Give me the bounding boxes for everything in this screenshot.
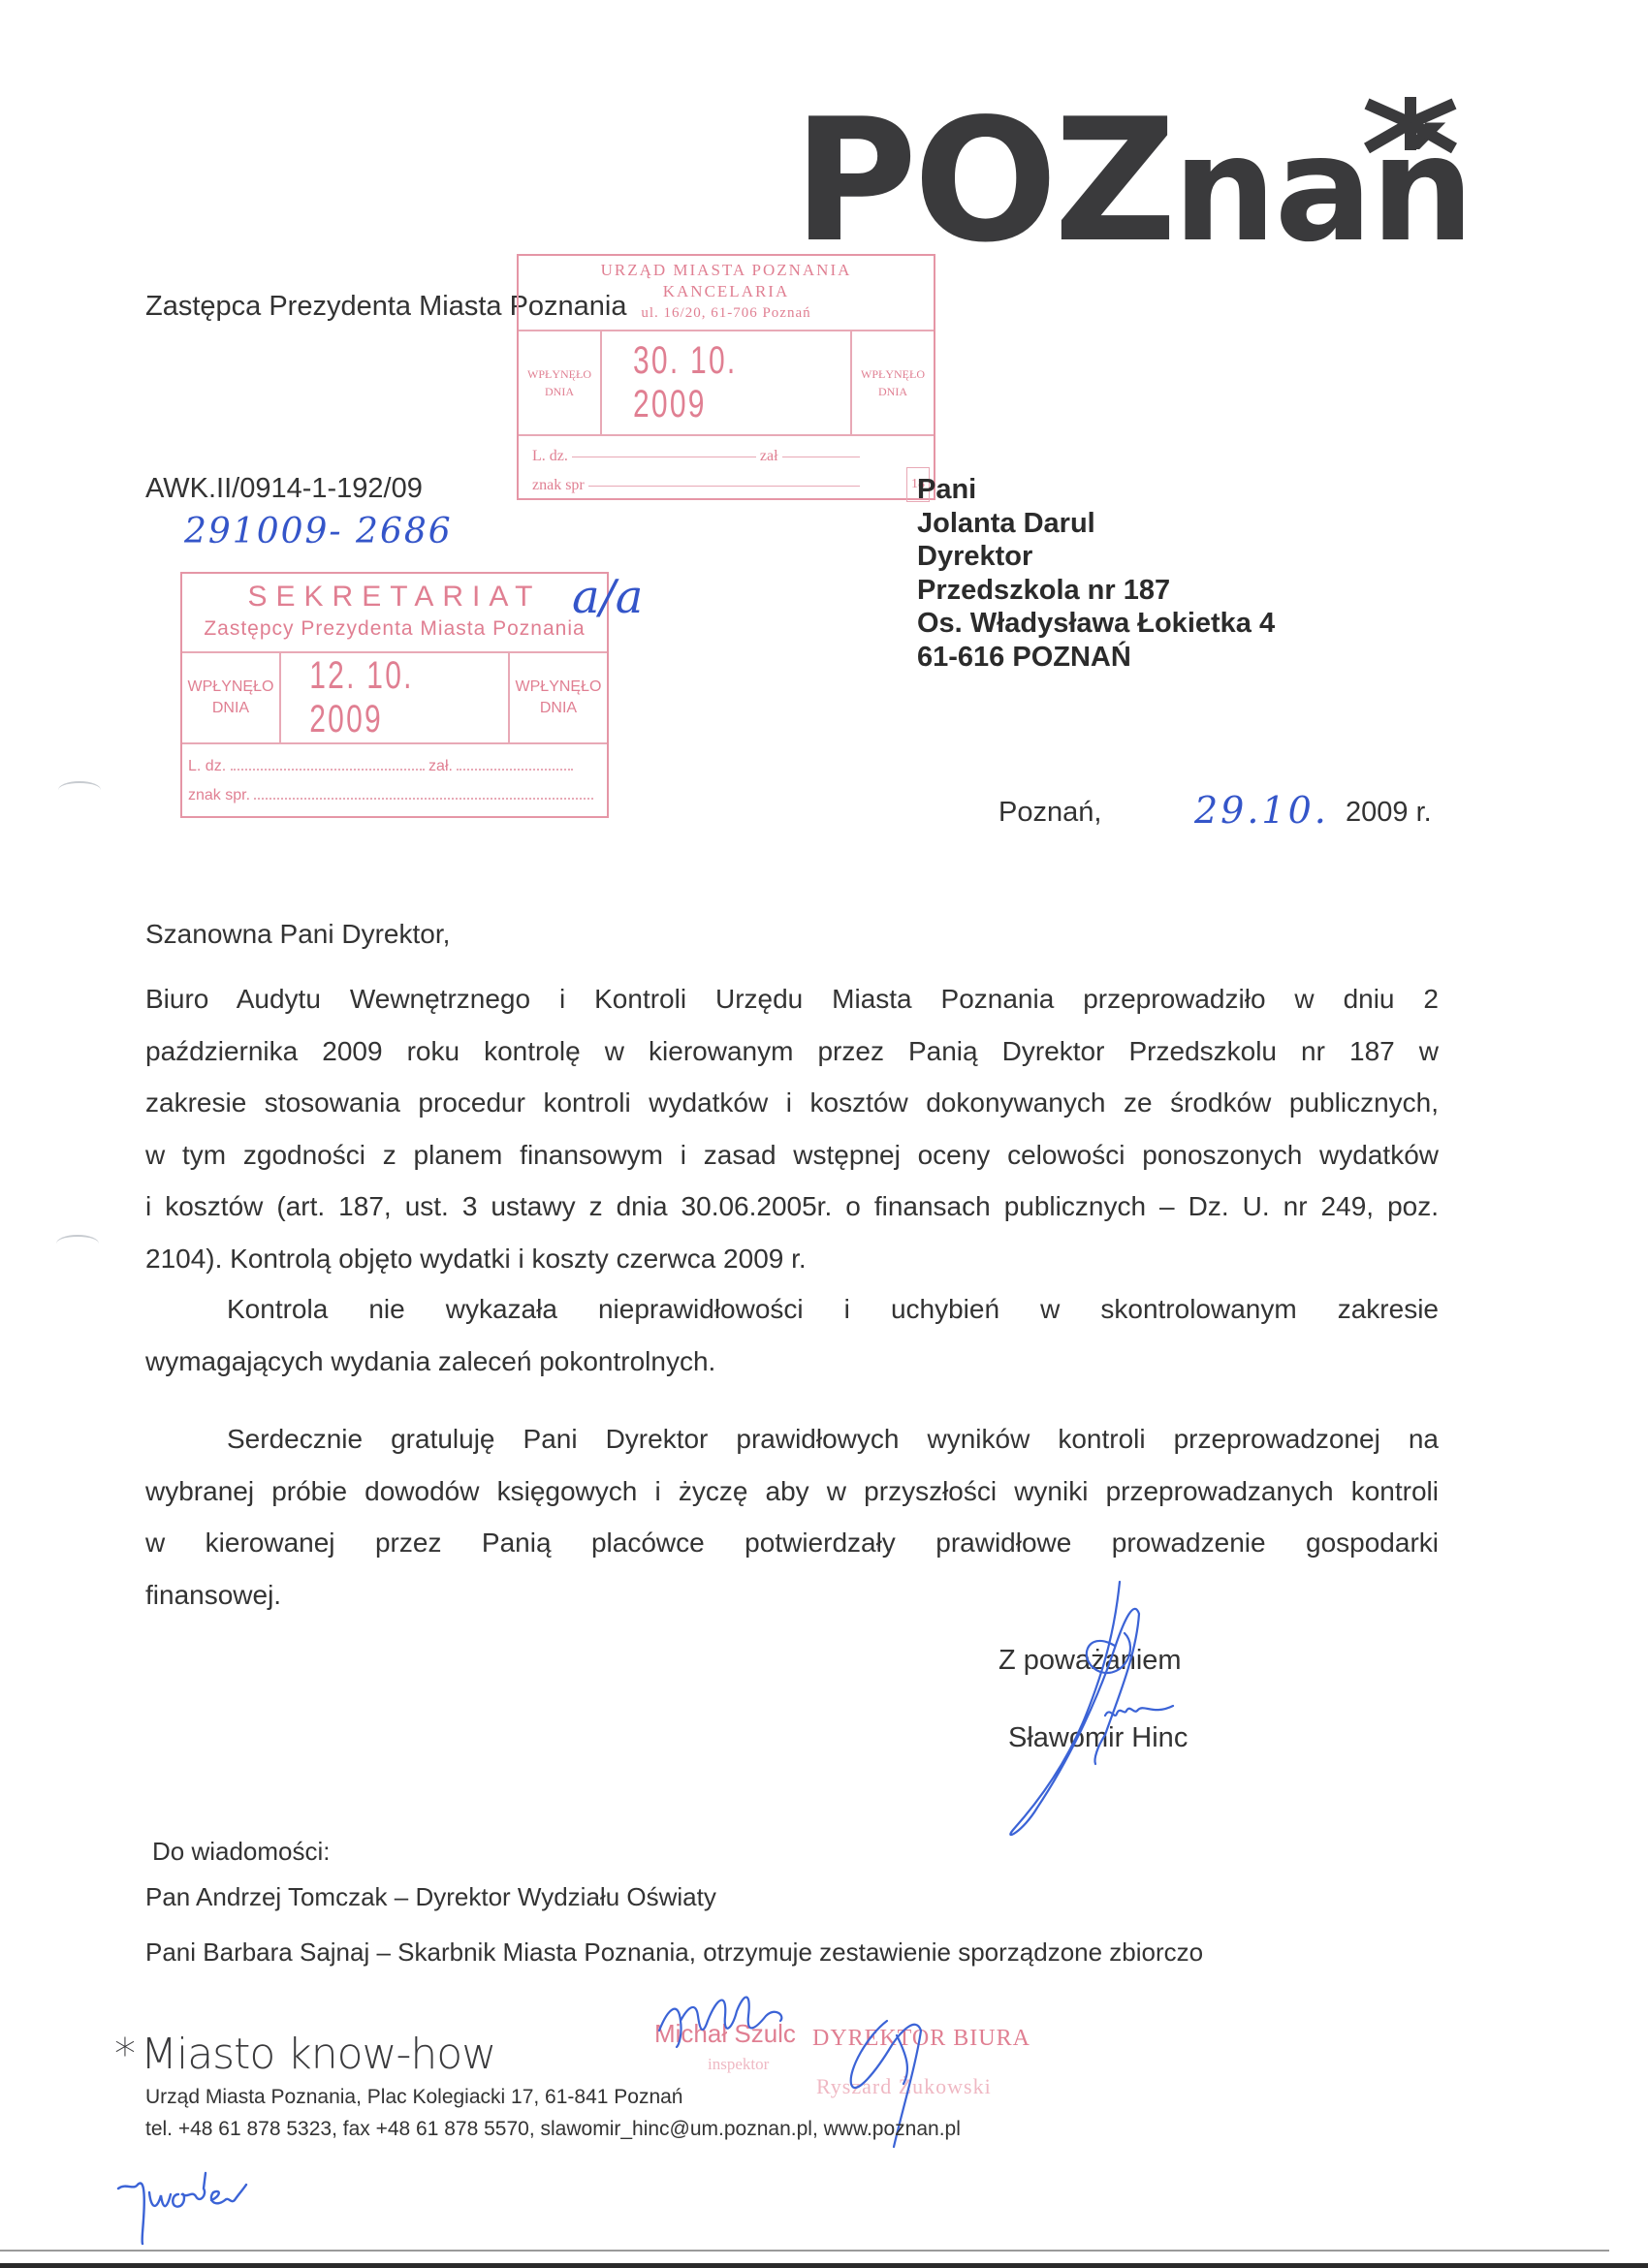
label: WPŁYNĘŁO [861,367,925,381]
sekretariat-received-stamp: SEKRETARIAT Zastępcy Prezydenta Miasta P… [180,572,609,818]
text-line: zakresie stosowania procedur kontroli wy… [145,1077,1439,1129]
scan-edge-line [0,2250,1609,2252]
reference-number: AWK.II/0914-1-192/09 [145,473,423,505]
recipient-line: Dyrektor [917,540,1275,574]
handwritten-date: 29.10. [1194,789,1329,832]
label: DNIA [878,385,907,398]
paragraph-result: Kontrola nie wykazała nieprawidłowości i… [145,1283,1439,1387]
stamp-address: ul. 16/20, 61-706 Poznań [519,302,934,324]
stamp-office-name: URZĄD MIASTA POZNANIA [519,260,934,281]
recipient-line: Pani [917,473,1275,507]
letter-date: Poznań, 29.10. 2009 r. [998,797,1101,829]
field-zal-label: zał. [428,758,453,774]
stamp-date: 30. 10. 2009 [633,331,819,434]
stamp-department: KANCELARIA [519,281,934,302]
salutation: Szanowna Pani Dyrektor, [145,919,1439,950]
footer-address: Urząd Miasta Poznania, Plac Kolegiacki 1… [145,2086,683,2109]
text-line: wybranej próbie dowodów księgowych i życ… [145,1465,1439,1518]
label: WPŁYNĘŁO [516,678,602,695]
field-ldz-label: L. dz. [188,758,226,774]
stamp-header: SEKRETARIAT Zastępcy Prezydenta Miasta P… [182,574,607,653]
punch-hole-mark [58,781,101,799]
handwritten-reference: 291009- 2686 [184,512,453,551]
stamp-date: 12. 10. 2009 [309,653,480,742]
stamp-header: URZĄD MIASTA POZNANIA KANCELARIA ul. 16/… [519,256,934,331]
text-line: Biuro Audytu Wewnętrznego i Kontroli Urz… [145,973,1439,1025]
footer-contact: tel. +48 61 878 5323, fax +48 61 878 557… [145,2118,961,2141]
label: WPŁYNĘŁO [188,678,274,695]
brand-asterisk-icon: * [114,2030,135,2079]
stamp-received-label-left: WPŁYNĘŁODNIA [519,331,602,434]
text-line: Kontrola nie wykazała nieprawidłowości i… [145,1283,1439,1336]
text-line: Serdecznie gratuluję Pani Dyrektor prawi… [145,1413,1439,1465]
date-year: 2009 r. [1346,797,1432,829]
text-line: w kierowanej przez Panią placówce potwie… [145,1517,1439,1569]
logo-asterisk-icon [1357,92,1464,199]
handwritten-initials-icon [107,2161,301,2249]
label: DNIA [545,385,574,398]
scan-bottom-edge [0,2263,1648,2268]
date-city: Poznań, [998,797,1101,828]
label: WPŁYNĘŁO [527,367,591,381]
field-ldz-label: L. dz. [532,448,568,464]
field-zal-label: zał [760,448,778,464]
stamp-received-label-right: WPŁYNĘŁODNIA [508,653,607,742]
field-znak-label: znak spr [532,477,585,493]
recipient-line: 61-616 POZNAŃ [917,641,1275,675]
stamp-subtitle: Zastępcy Prezydenta Miasta Poznania [182,614,607,644]
brand-text: Miasto know-how [141,2030,495,2079]
field-znak-label: znak spr. [188,787,250,803]
text-line: w tym zgodności z planem finansowym i za… [145,1129,1439,1181]
stamp-fields: L. dz. zał. znak spr. [182,744,607,818]
text-line: wymagających wydania zaleceń pokontrolny… [145,1336,1439,1388]
kancelaria-received-stamp: URZĄD MIASTA POZNANIA KANCELARIA ul. 16/… [517,254,935,500]
recipient-line: Jolanta Darul [917,507,1275,541]
text-line: października 2009 roku kontrolę w kierow… [145,1025,1439,1078]
stamp-title: SEKRETARIAT [182,580,607,614]
cc-item: Pan Andrzej Tomczak – Dyrektor Wydziału … [145,1882,716,1912]
recipient-line: Os. Władysława Łokietka 4 [917,607,1275,641]
stamp-received-label-left: WPŁYNĘŁODNIA [182,653,281,742]
text-line: 2104). Kontrolą objęto wydatki i koszty … [145,1233,1439,1285]
label: DNIA [540,700,577,716]
recipient-line: Przedszkola nr 187 [917,574,1275,608]
paragraph-audit: Biuro Audytu Wewnętrznego i Kontroli Urz… [145,973,1439,1284]
logo-text-upper: POZ [793,83,1173,280]
punch-hole-mark [56,1235,99,1252]
text-line: i kosztów (art. 187, ust. 3 ustawy z dni… [145,1181,1439,1233]
label: DNIA [212,700,249,716]
cc-item: Pani Barbara Sajnaj – Skarbnik Miasta Po… [145,1937,1203,1968]
stamp-received-label-right: WPŁYNĘŁODNIA [850,331,934,434]
stamp-date-row: WPŁYNĘŁODNIA 12. 10. 2009 WPŁYNĘŁODNIA [182,653,607,744]
recipient-address: Pani Jolanta Darul Dyrektor Przedszkola … [917,473,1275,674]
footer-brand: *Miasto know-how [114,2030,495,2079]
handwritten-annotation: a/a [572,570,643,624]
stamp-date-row: WPŁYNĘŁODNIA 30. 10. 2009 WPŁYNĘŁODNIA [519,331,934,436]
cc-title: Do wiadomości: [152,1837,331,1867]
stamp-fields: L. dz. zał znak spr 18 [519,436,934,506]
handwritten-signature-icon [969,1570,1260,1851]
